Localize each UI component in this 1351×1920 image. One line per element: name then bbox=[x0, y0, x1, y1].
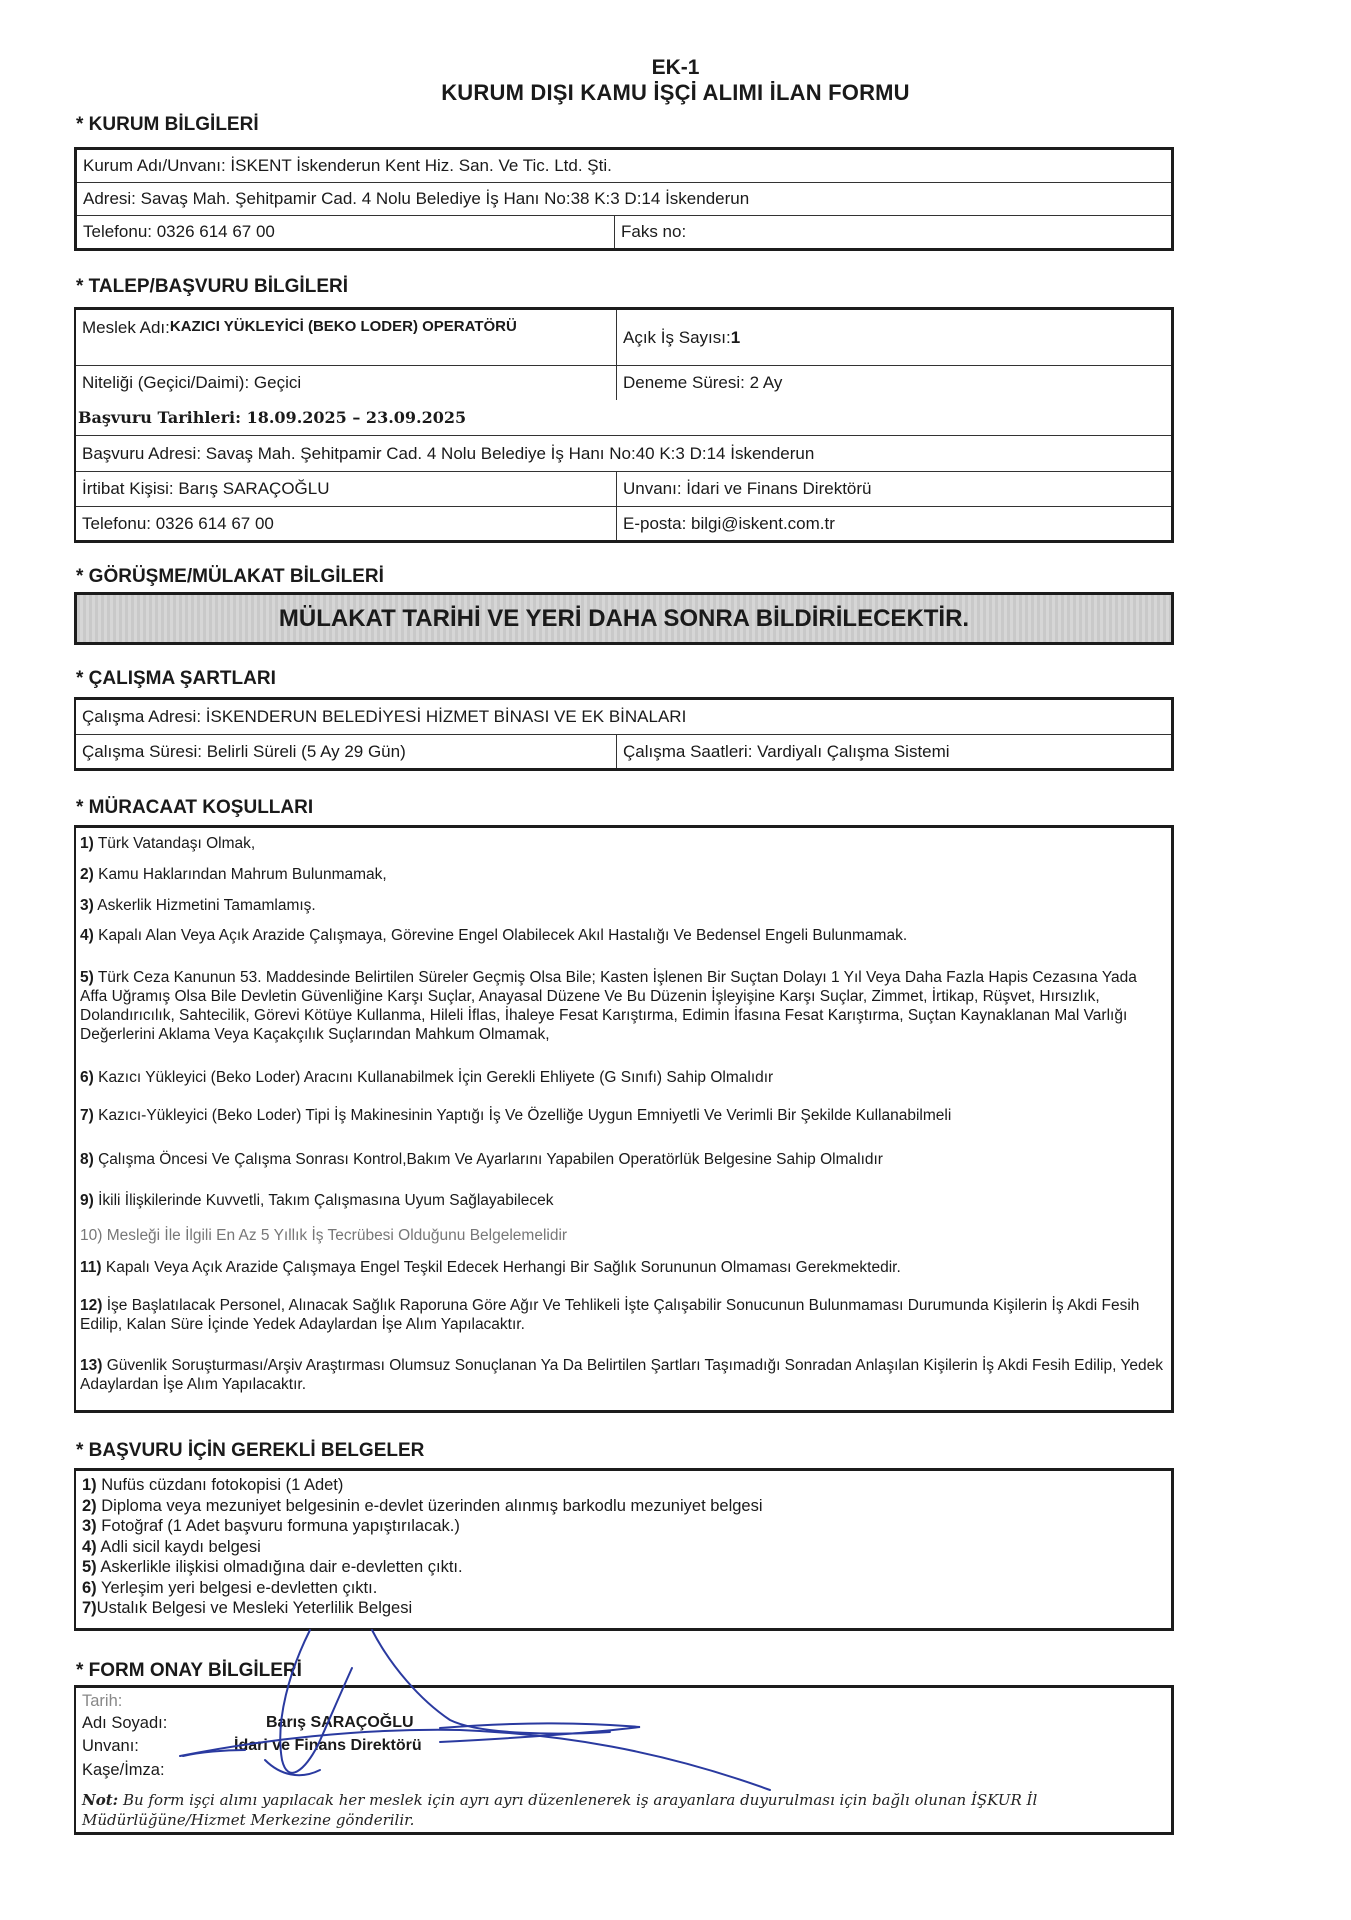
note-text: Bu form işçi alımı yapılacak her meslek … bbox=[82, 1791, 1037, 1829]
work-conditions-table: Çalışma Adresi: İSKENDERUN BELEDİYESİ Hİ… bbox=[74, 697, 1174, 771]
table-row: Çalışma Adresi: İSKENDERUN BELEDİYESİ Hİ… bbox=[76, 700, 1171, 734]
open-positions-label: Açık İş Sayısı: bbox=[623, 328, 731, 348]
list-item: 2) Diploma veya mezuniyet belgesinin e-d… bbox=[82, 1496, 1165, 1517]
institution-address: Adresi: Savaş Mah. Şehitpamir Cad. 4 Nol… bbox=[77, 183, 1171, 215]
open-positions-cell: Açık İş Sayısı: 1 bbox=[617, 310, 1171, 365]
work-hours: Çalışma Saatleri: Vardiyalı Çalışma Sist… bbox=[617, 735, 1171, 768]
nature: Niteliği (Geçici/Daimi): Geçici bbox=[76, 366, 617, 400]
list-item: 1) Türk Vatandaşı Olmak, bbox=[80, 834, 1165, 853]
requirements-list: 1) Türk Vatandaşı Olmak, 2) Kamu Hakları… bbox=[74, 825, 1174, 1413]
list-item: 4) Adli sicil kaydı belgesi bbox=[82, 1537, 1165, 1558]
list-item: 12) İşe Başlatılacak Personel, Alınacak … bbox=[80, 1296, 1165, 1334]
table-row: Meslek Adı: KAZICI YÜKLEYİCİ (BEKO LODER… bbox=[76, 310, 1171, 365]
name-value: Barış SARAÇOĞLU bbox=[266, 1714, 414, 1732]
list-item: 5) Askerlikle ilişkisi olmadığına dair e… bbox=[82, 1557, 1165, 1578]
table-row: Telefonu: 0326 614 67 00 E-posta: bilgi@… bbox=[76, 506, 1171, 540]
list-item: 7)Ustalık Belgesi ve Mesleki Yeterlilik … bbox=[82, 1598, 1165, 1619]
list-item: 6) Yerleşim yeri belgesi e-devletten çık… bbox=[82, 1578, 1165, 1599]
approval-heading: * FORM ONAY BİLGİLERİ bbox=[76, 1660, 302, 1682]
note-label: Not: bbox=[82, 1791, 118, 1809]
work-address: Çalışma Adresi: İSKENDERUN BELEDİYESİ Hİ… bbox=[76, 700, 1171, 734]
work-conditions-heading: * ÇALIŞMA ŞARTLARI bbox=[76, 668, 276, 690]
table-row: Çalışma Süresi: Belirli Süreli (5 Ay 29 … bbox=[76, 734, 1171, 768]
name-label: Adı Soyadı: bbox=[82, 1714, 167, 1733]
list-item: 3) Fotoğraf (1 Adet başvuru formuna yapı… bbox=[82, 1516, 1165, 1537]
list-item: 5) Türk Ceza Kanunun 53. Maddesinde Beli… bbox=[80, 968, 1165, 1044]
title-value: İdari ve Finans Direktörü bbox=[234, 1737, 422, 1755]
profession-label: Meslek Adı: bbox=[82, 318, 170, 338]
contact-title: Unvanı: İdari ve Finans Direktörü bbox=[617, 472, 1171, 506]
list-item: 11) Kapalı Veya Açık Arazide Çalışmaya E… bbox=[80, 1258, 1165, 1277]
list-item: 4) Kapalı Alan Veya Açık Arazide Çalışma… bbox=[80, 926, 1165, 945]
request-heading: * TALEP/BAŞVURU BİLGİLERİ bbox=[76, 276, 348, 298]
institution-name: Kurum Adı/Unvanı: İSKENT İskenderun Kent… bbox=[77, 150, 1171, 182]
institution-fax: Faks no: bbox=[615, 216, 1171, 248]
list-item: 8) Çalışma Öncesi Ve Çalışma Sonrası Kon… bbox=[80, 1150, 1165, 1169]
title-label: Unvanı: bbox=[82, 1737, 139, 1756]
list-item: 3) Askerlik Hizmetini Tamamlamış. bbox=[80, 896, 1165, 915]
form-title: KURUM DIŞI KAMU İŞÇİ ALIMI İLAN FORMU bbox=[0, 80, 1351, 106]
probation: Deneme Süresi: 2 Ay bbox=[617, 366, 1171, 400]
list-item: 13) Güvenlik Soruşturması/Arşiv Araştırm… bbox=[80, 1356, 1165, 1394]
form-page: EK-1 KURUM DIŞI KAMU İŞÇİ ALIMI İLAN FOR… bbox=[0, 0, 1351, 1920]
table-row: İrtibat Kişisi: Barış SARAÇOĞLU Unvanı: … bbox=[76, 471, 1171, 506]
table-row: Adresi: Savaş Mah. Şehitpamir Cad. 4 Nol… bbox=[77, 182, 1171, 215]
list-item: 1) Nufüs cüzdanı fotokopisi (1 Adet) bbox=[82, 1475, 1165, 1496]
documents-heading: * BAŞVURU İÇİN GEREKLİ BELGELER bbox=[76, 1440, 424, 1462]
institution-phone: Telefonu: 0326 614 67 00 bbox=[77, 216, 615, 248]
contact-email: E-posta: bilgi@iskent.com.tr bbox=[617, 507, 1171, 540]
list-item: 7) Kazıcı-Yükleyici (Beko Loder) Tipi İş… bbox=[80, 1106, 1165, 1125]
contact-person: İrtibat Kişisi: Barış SARAÇOĞLU bbox=[76, 472, 617, 506]
annex-label: EK-1 bbox=[0, 56, 1351, 80]
application-dates: Başvuru Tarihleri: 18.09.2025 – 23.09.20… bbox=[76, 400, 1171, 435]
institution-table: Kurum Adı/Unvanı: İSKENT İskenderun Kent… bbox=[74, 147, 1174, 251]
list-item: 2) Kamu Haklarından Mahrum Bulunmamak, bbox=[80, 865, 1165, 884]
application-address: Başvuru Adresi: Savaş Mah. Şehitpamir Ca… bbox=[76, 436, 1171, 471]
profession-value: KAZICI YÜKLEYİCİ (BEKO LODER) OPERATÖRÜ bbox=[170, 318, 517, 335]
table-row: Telefonu: 0326 614 67 00 Faks no: bbox=[77, 215, 1171, 248]
contact-phone: Telefonu: 0326 614 67 00 bbox=[76, 507, 617, 540]
profession-cell: Meslek Adı: KAZICI YÜKLEYİCİ (BEKO LODER… bbox=[76, 310, 617, 365]
approval-box: Tarih: Adı Soyadı: Barış SARAÇOĞLU Unvan… bbox=[74, 1685, 1174, 1835]
request-table: Meslek Adı: KAZICI YÜKLEYİCİ (BEKO LODER… bbox=[74, 307, 1174, 543]
interview-heading: * GÖRÜŞME/MÜLAKAT BİLGİLERİ bbox=[76, 566, 384, 588]
open-positions-value: 1 bbox=[731, 328, 740, 348]
list-item: 6) Kazıcı Yükleyici (Beko Loder) Aracını… bbox=[80, 1068, 1165, 1087]
interview-notice: MÜLAKAT TARİHİ VE YERİ DAHA SONRA BİLDİR… bbox=[74, 592, 1174, 645]
table-row: Başvuru Tarihleri: 18.09.2025 – 23.09.20… bbox=[76, 400, 1171, 435]
requirements-heading: * MÜRACAAT KOŞULLARI bbox=[76, 797, 313, 819]
table-row: Başvuru Adresi: Savaş Mah. Şehitpamir Ca… bbox=[76, 435, 1171, 471]
table-row: Kurum Adı/Unvanı: İSKENT İskenderun Kent… bbox=[77, 150, 1171, 182]
approval-note: Not: Bu form işçi alımı yapılacak her me… bbox=[82, 1790, 1161, 1830]
documents-list: 1) Nufüs cüzdanı fotokopisi (1 Adet) 2) … bbox=[74, 1468, 1174, 1631]
table-row: Niteliği (Geçici/Daimi): Geçici Deneme S… bbox=[76, 365, 1171, 400]
list-item: 10) Mesleği İle İlgili En Az 5 Yıllık İş… bbox=[80, 1226, 1165, 1245]
list-item: 9) İkili İlişkilerinde Kuvvetli, Takım Ç… bbox=[80, 1191, 1165, 1210]
date-label: Tarih: bbox=[82, 1692, 122, 1711]
institution-heading: * KURUM BİLGİLERİ bbox=[76, 114, 259, 136]
stamp-label: Kaşe/İmza: bbox=[82, 1761, 165, 1780]
work-duration: Çalışma Süresi: Belirli Süreli (5 Ay 29 … bbox=[76, 735, 617, 768]
